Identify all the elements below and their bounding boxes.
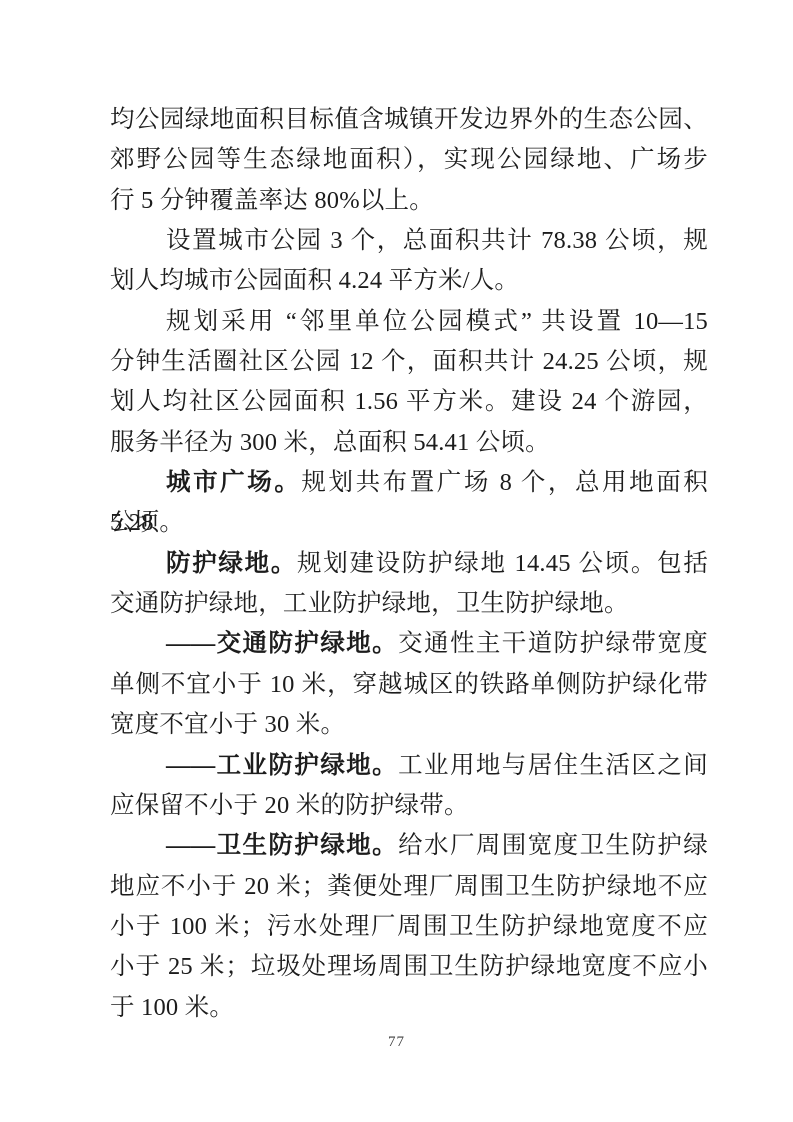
body-text: 规划建设防护绿地 14.45 公顷。包括 — [297, 550, 708, 577]
text-line: 公顷。 — [110, 503, 708, 543]
text-line: ——工业防护绿地。工业用地与居住生活区之间 — [110, 746, 708, 786]
bold-lead-text: 防护绿地。 — [166, 550, 297, 577]
body-text: 交通防护绿地，工业防护绿地，卫生防护绿地。 — [110, 590, 629, 617]
body-text: 工业用地与居住生活区之间 — [398, 752, 708, 779]
text-line: 划人均城市公园面积 4.24 平方米/人。 — [110, 261, 708, 301]
text-line: 行 5 分钟覆盖率达 80%以上。 — [110, 181, 708, 221]
text-line: ——卫生防护绿地。给水厂周围宽度卫生防护绿 — [110, 826, 708, 866]
bold-lead-text: ——工业防护绿地。 — [166, 752, 398, 779]
body-text: 划人均社区公园面积 1.56 平方米。建设 24 个游园， — [110, 388, 708, 415]
body-text: 公顷。 — [110, 509, 184, 536]
text-line: 设置城市公园 3 个，总面积共计 78.38 公顷，规 — [110, 221, 708, 261]
body-text: 划人均城市公园面积 4.24 平方米/人。 — [110, 267, 519, 294]
body-text: 郊野公园等生态绿地面积），实现公园绿地、广场步 — [110, 146, 708, 173]
text-line: 小于 25 米；垃圾处理场周围卫生防护绿地宽度不应小 — [110, 947, 708, 987]
body-text: 服务半径为 300 米，总面积 54.41 公顷。 — [110, 429, 550, 456]
bold-lead-text: ——交通防护绿地。 — [166, 630, 398, 657]
bold-lead-text: 城市广场。 — [166, 469, 301, 496]
text-line: 郊野公园等生态绿地面积），实现公园绿地、广场步 — [110, 140, 708, 180]
text-line: 于 100 米。 — [110, 988, 708, 1028]
bold-lead-text: ——卫生防护绿地。 — [166, 832, 398, 859]
text-line: 宽度不宜小于 30 米。 — [110, 705, 708, 745]
body-text: 给水厂周围宽度卫生防护绿 — [398, 832, 708, 859]
text-line: 单侧不宜小于 10 米，穿越城区的铁路单侧防护绿化带 — [110, 665, 708, 705]
body-text: 设置城市公园 3 个，总面积共计 78.38 公顷，规 — [166, 227, 708, 254]
text-line: 地应不小于 20 米；粪便处理厂周围卫生防护绿地不应 — [110, 867, 708, 907]
body-text: 地应不小于 20 米；粪便处理厂周围卫生防护绿地不应 — [110, 873, 708, 900]
page-number: 77 — [0, 1034, 793, 1051]
document-body: 均公园绿地面积目标值含城镇开发边界外的生态公园、郊野公园等生态绿地面积），实现公… — [110, 100, 708, 1028]
body-text: 宽度不宜小于 30 米。 — [110, 711, 345, 738]
body-text: 小于 25 米；垃圾处理场周围卫生防护绿地宽度不应小 — [110, 953, 708, 980]
document-page: 均公园绿地面积目标值含城镇开发边界外的生态公园、郊野公园等生态绿地面积），实现公… — [0, 0, 793, 1122]
text-line: 小于 100 米；污水处理厂周围卫生防护绿地宽度不应 — [110, 907, 708, 947]
text-line: 城市广场。规划共布置广场 8 个，总用地面积 5.28 — [110, 463, 708, 503]
body-text: 于 100 米。 — [110, 994, 234, 1021]
body-text: 分钟生活圈社区公园 12 个，面积共计 24.25 公顷，规 — [110, 348, 708, 375]
body-text: 单侧不宜小于 10 米，穿越城区的铁路单侧防护绿化带 — [110, 671, 708, 698]
body-text: 规划采用 “邻里单位公园模式” 共设置 10—15 — [166, 308, 708, 335]
text-line: 应保留不小于 20 米的防护绿带。 — [110, 786, 708, 826]
text-line: 防护绿地。规划建设防护绿地 14.45 公顷。包括 — [110, 544, 708, 584]
text-line: 服务半径为 300 米，总面积 54.41 公顷。 — [110, 423, 708, 463]
body-text: 均公园绿地面积目标值含城镇开发边界外的生态公园、 — [110, 106, 708, 133]
body-text: 小于 100 米；污水处理厂周围卫生防护绿地宽度不应 — [110, 913, 708, 940]
text-line: 均公园绿地面积目标值含城镇开发边界外的生态公园、 — [110, 100, 708, 140]
text-line: ——交通防护绿地。交通性主干道防护绿带宽度 — [110, 624, 708, 664]
text-line: 划人均社区公园面积 1.56 平方米。建设 24 个游园， — [110, 382, 708, 422]
body-text: 行 5 分钟覆盖率达 80%以上。 — [110, 187, 434, 214]
text-line: 分钟生活圈社区公园 12 个，面积共计 24.25 公顷，规 — [110, 342, 708, 382]
text-line: 交通防护绿地，工业防护绿地，卫生防护绿地。 — [110, 584, 708, 624]
body-text: 交通性主干道防护绿带宽度 — [398, 630, 708, 657]
text-line: 规划采用 “邻里单位公园模式” 共设置 10—15 — [110, 302, 708, 342]
body-text: 应保留不小于 20 米的防护绿带。 — [110, 792, 469, 819]
